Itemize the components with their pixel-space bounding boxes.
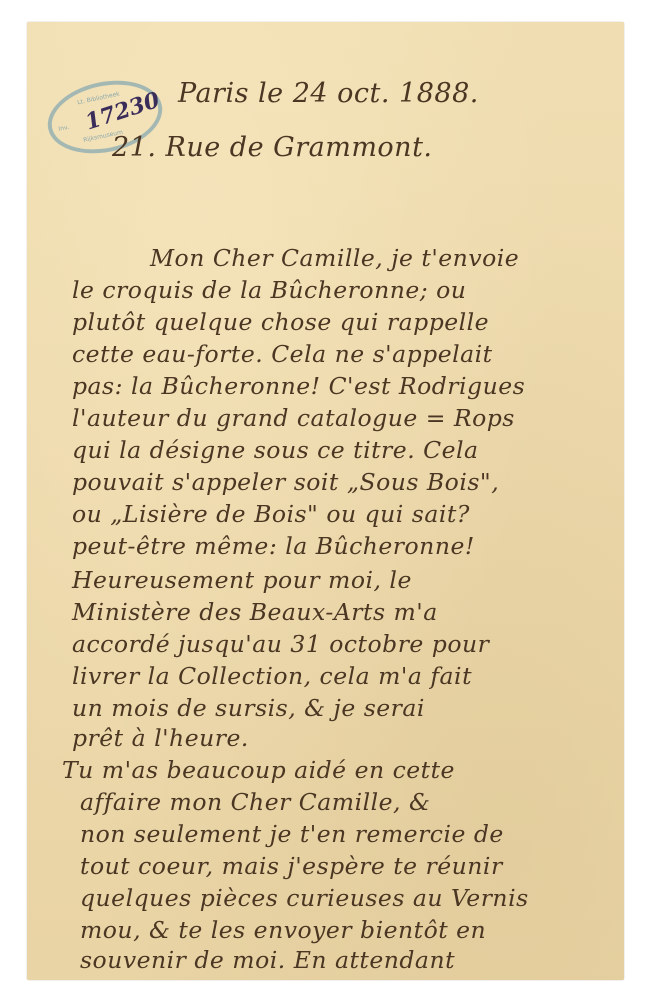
letter-address: 21. Rue de Grammont. [112, 132, 433, 163]
letter-line: cette eau-forte. Cela ne s'appelait [72, 340, 493, 368]
letter-line: Mon Cher Camille, je t'envoie [150, 244, 519, 272]
letter-line: peut-être même: la Bûcheronne! [72, 532, 475, 560]
letter-line: Ministère des Beaux-Arts m'a [72, 598, 438, 626]
letter-line: souvenir de moi. En attendant [80, 946, 455, 974]
stamp-text-left: Inv. [58, 124, 70, 133]
letter-line: l'auteur du grand catalogue = Rops [72, 404, 515, 432]
letter-line: Tu m'as beaucoup aidé en cette [62, 756, 455, 784]
letter-date: Paris le 24 oct. 1888. [178, 78, 479, 109]
letter-line: Heureusement pour moi, le [72, 566, 412, 594]
letter-line: affaire mon Cher Camille, & [80, 788, 430, 816]
letter-line: ou „Lisière de Bois" ou qui sait? [72, 500, 470, 528]
letter-line: le croquis de la Bûcheronne; ou [72, 276, 466, 304]
letter-line: non seulement je t'en remercie de [80, 820, 504, 848]
letter-line: prêt à l'heure. [72, 724, 249, 752]
letter-line: pas: la Bûcheronne! C'est Rodrigues [72, 372, 525, 400]
stamp-inventory-number: 17230 [82, 87, 163, 135]
letter-line: pouvait s'appeler soit „Sous Bois", [72, 468, 499, 496]
letter-line: livrer la Collection, cela m'a fait [72, 662, 472, 690]
letter-line: accordé jusqu'au 31 octobre pour [72, 630, 489, 658]
letter-line: plutôt quelque chose qui rappelle [72, 308, 489, 336]
letter-line: quelques pièces curieuses au Vernis [80, 884, 529, 912]
letter-line: mou, & te les envoyer bientôt en [80, 916, 486, 944]
letter-line: tout coeur, mais j'espère te réunir [80, 852, 503, 880]
letter-line: un mois de sursis, & je serai [72, 694, 425, 722]
letter-line: qui la désigne sous ce titre. Cela [72, 436, 479, 464]
